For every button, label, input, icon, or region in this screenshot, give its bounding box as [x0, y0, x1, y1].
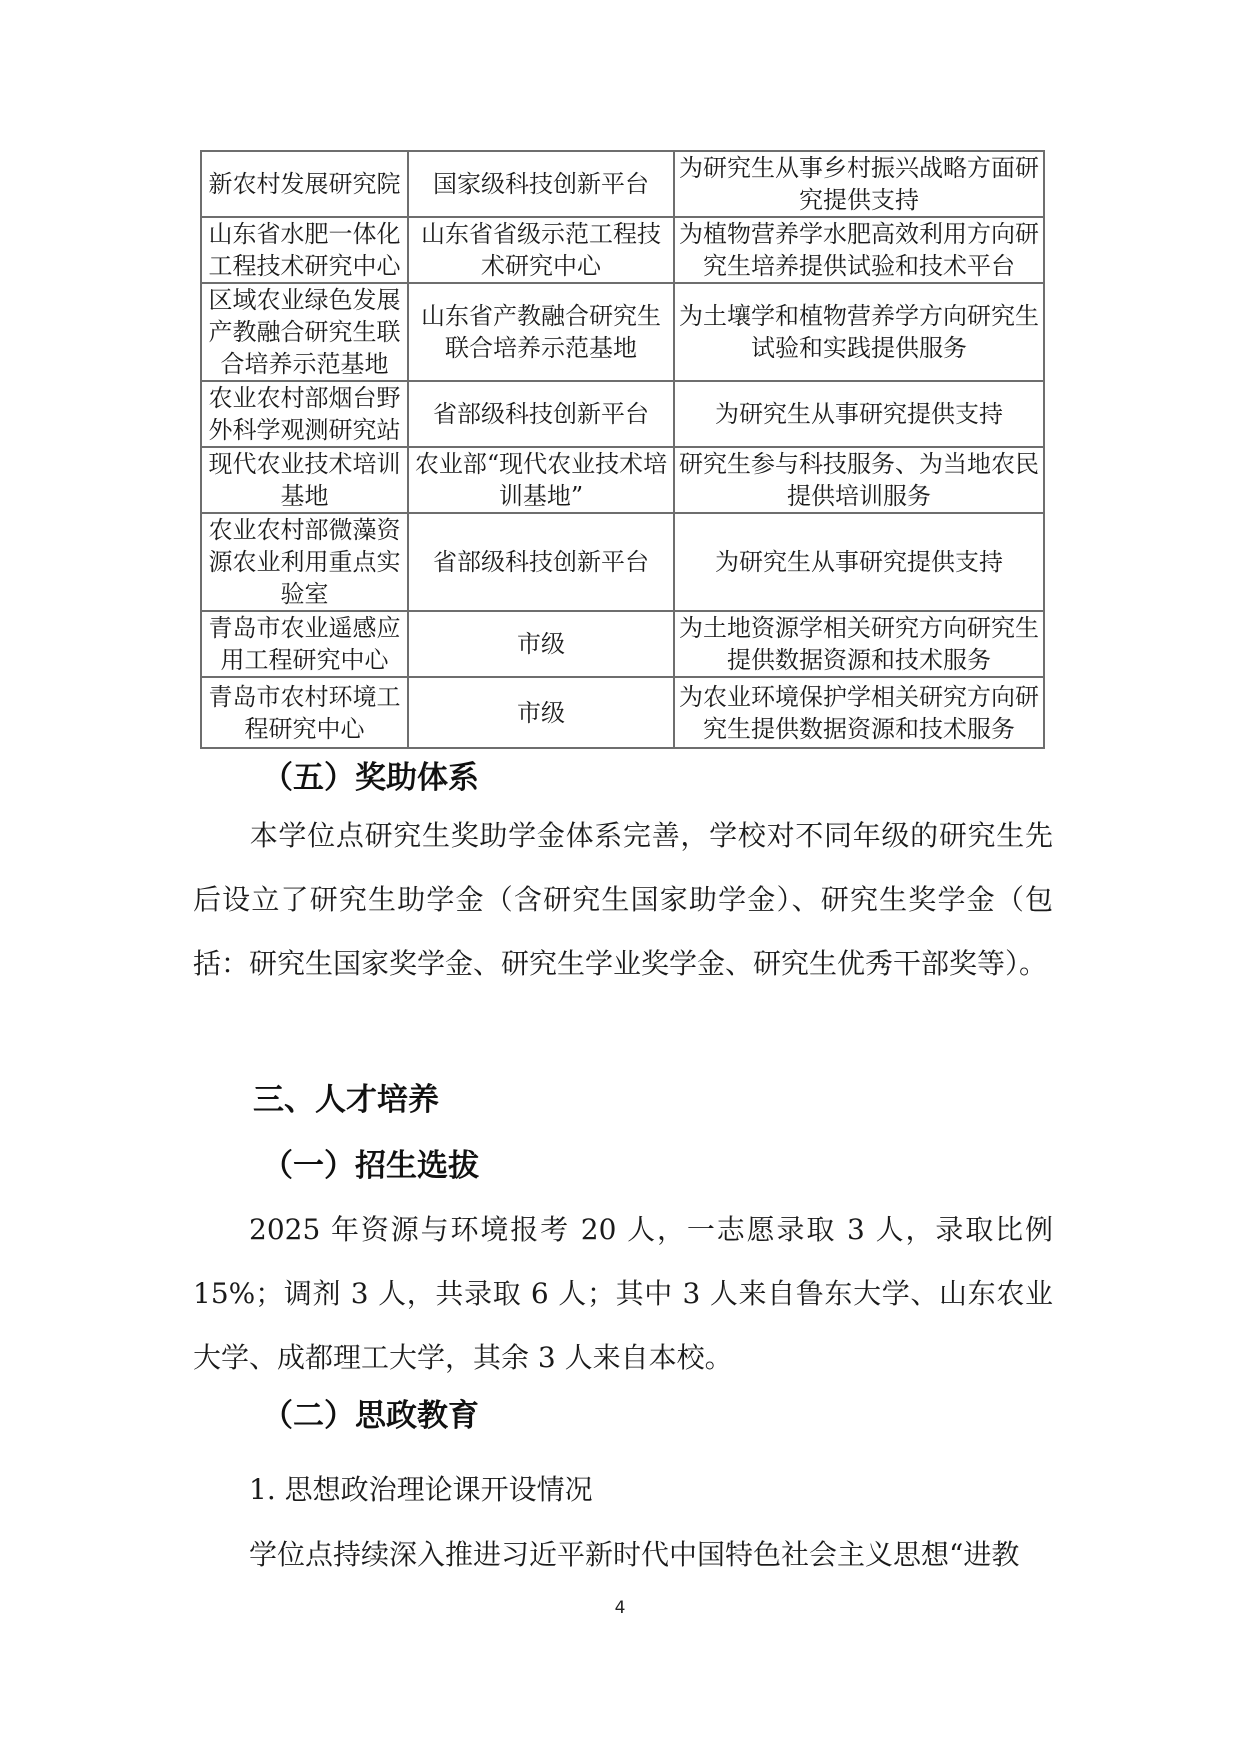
platform-role-cell: 为研究生从事研究提供支持 — [674, 381, 1044, 447]
platform-name-cell: 农业农村部烟台野外科学观测研究站 — [201, 381, 408, 447]
platform-name-cell: 青岛市农村环境工程研究中心 — [201, 677, 408, 748]
table-row: 青岛市农业遥感应用工程研究中心市级为土地资源学相关研究方向研究生提供数据资源和技… — [201, 611, 1044, 677]
platform-role-cell: 为研究生从事研究提供支持 — [674, 513, 1044, 611]
section-heading-ideological-education: （二）思政教育 — [262, 1396, 479, 1436]
table-row: 农业农村部烟台野外科学观测研究站省部级科技创新平台为研究生从事研究提供支持 — [201, 381, 1044, 447]
table-row: 青岛市农村环境工程研究中心市级为农业环境保护学相关研究方向研究生提供数据资源和技… — [201, 677, 1044, 748]
platform-level-cell: 市级 — [408, 611, 674, 677]
platform-level-cell: 省部级科技创新平台 — [408, 513, 674, 611]
table-row: 农业农村部微藻资源农业利用重点实验室省部级科技创新平台为研究生从事研究提供支持 — [201, 513, 1044, 611]
platform-role-cell: 研究生参与科技服务、为当地农民提供培训服务 — [674, 447, 1044, 513]
section-heading-admissions: （一）招生选拔 — [262, 1146, 479, 1186]
platform-level-cell: 省部级科技创新平台 — [408, 381, 674, 447]
subsection-item-1: 1. 思想政治理论课开设情况 — [249, 1470, 593, 1510]
platform-name-cell: 青岛市农业遥感应用工程研究中心 — [201, 611, 408, 677]
platform-name-cell: 现代农业技术培训基地 — [201, 447, 408, 513]
platform-name-cell: 农业农村部微藻资源农业利用重点实验室 — [201, 513, 408, 611]
platform-level-cell: 农业部“现代农业技术培训基地” — [408, 447, 674, 513]
platform-role-cell: 为土地资源学相关研究方向研究生提供数据资源和技术服务 — [674, 611, 1044, 677]
platform-level-cell: 市级 — [408, 677, 674, 748]
admissions-paragraph-text: 2025 年资源与环境报考 20 人，一志愿录取 3 人，录取比例 15%；调剂… — [193, 1213, 1053, 1374]
platform-level-cell: 山东省省级示范工程技术研究中心 — [408, 217, 674, 283]
admissions-paragraph: 2025 年资源与环境报考 20 人，一志愿录取 3 人，录取比例 15%；调剂… — [193, 1198, 1053, 1390]
platform-role-cell: 为植物营养学水肥高效利用方向研究生培养提供试验和技术平台 — [674, 217, 1044, 283]
ideological-paragraph: 学位点持续深入推进习近平新时代中国特色社会主义思想“进教 — [249, 1535, 1019, 1575]
platform-name-cell: 区域农业绿色发展产教融合研究生联合培养示范基地 — [201, 283, 408, 381]
chapter-heading-talent-training: 三、人才培养 — [253, 1080, 439, 1120]
awards-paragraph: 本学位点研究生奖助学金体系完善，学校对不同年级的研究生先 后设立了研究生助学金（… — [193, 804, 1053, 996]
platform-name-cell: 山东省水肥一体化工程技术研究中心 — [201, 217, 408, 283]
table-row: 区域农业绿色发展产教融合研究生联合培养示范基地山东省产教融合研究生联合培养示范基… — [201, 283, 1044, 381]
table-row: 山东省水肥一体化工程技术研究中心山东省省级示范工程技术研究中心为植物营养学水肥高… — [201, 217, 1044, 283]
platform-table: 新农村发展研究院国家级科技创新平台为研究生从事乡村振兴战略方面研究提供支持山东省… — [200, 150, 1045, 749]
table-row: 现代农业技术培训基地农业部“现代农业技术培训基地”研究生参与科技服务、为当地农民… — [201, 447, 1044, 513]
platform-name-cell: 新农村发展研究院 — [201, 151, 408, 217]
platform-table-body: 新农村发展研究院国家级科技创新平台为研究生从事乡村振兴战略方面研究提供支持山东省… — [201, 151, 1044, 748]
table-row: 新农村发展研究院国家级科技创新平台为研究生从事乡村振兴战略方面研究提供支持 — [201, 151, 1044, 217]
page-number: 4 — [0, 1598, 1240, 1618]
platform-role-cell: 为土壤学和植物营养学方向研究生试验和实践提供服务 — [674, 283, 1044, 381]
section-heading-awards: （五）奖助体系 — [262, 758, 479, 798]
platform-level-cell: 国家级科技创新平台 — [408, 151, 674, 217]
platform-level-cell: 山东省产教融合研究生联合培养示范基地 — [408, 283, 674, 381]
awards-paragraph-text: 本学位点研究生奖助学金体系完善，学校对不同年级的研究生先 后设立了研究生助学金（… — [193, 819, 1053, 980]
platform-role-cell: 为研究生从事乡村振兴战略方面研究提供支持 — [674, 151, 1044, 217]
document-page: 新农村发展研究院国家级科技创新平台为研究生从事乡村振兴战略方面研究提供支持山东省… — [0, 0, 1240, 1753]
platform-role-cell: 为农业环境保护学相关研究方向研究生提供数据资源和技术服务 — [674, 677, 1044, 748]
